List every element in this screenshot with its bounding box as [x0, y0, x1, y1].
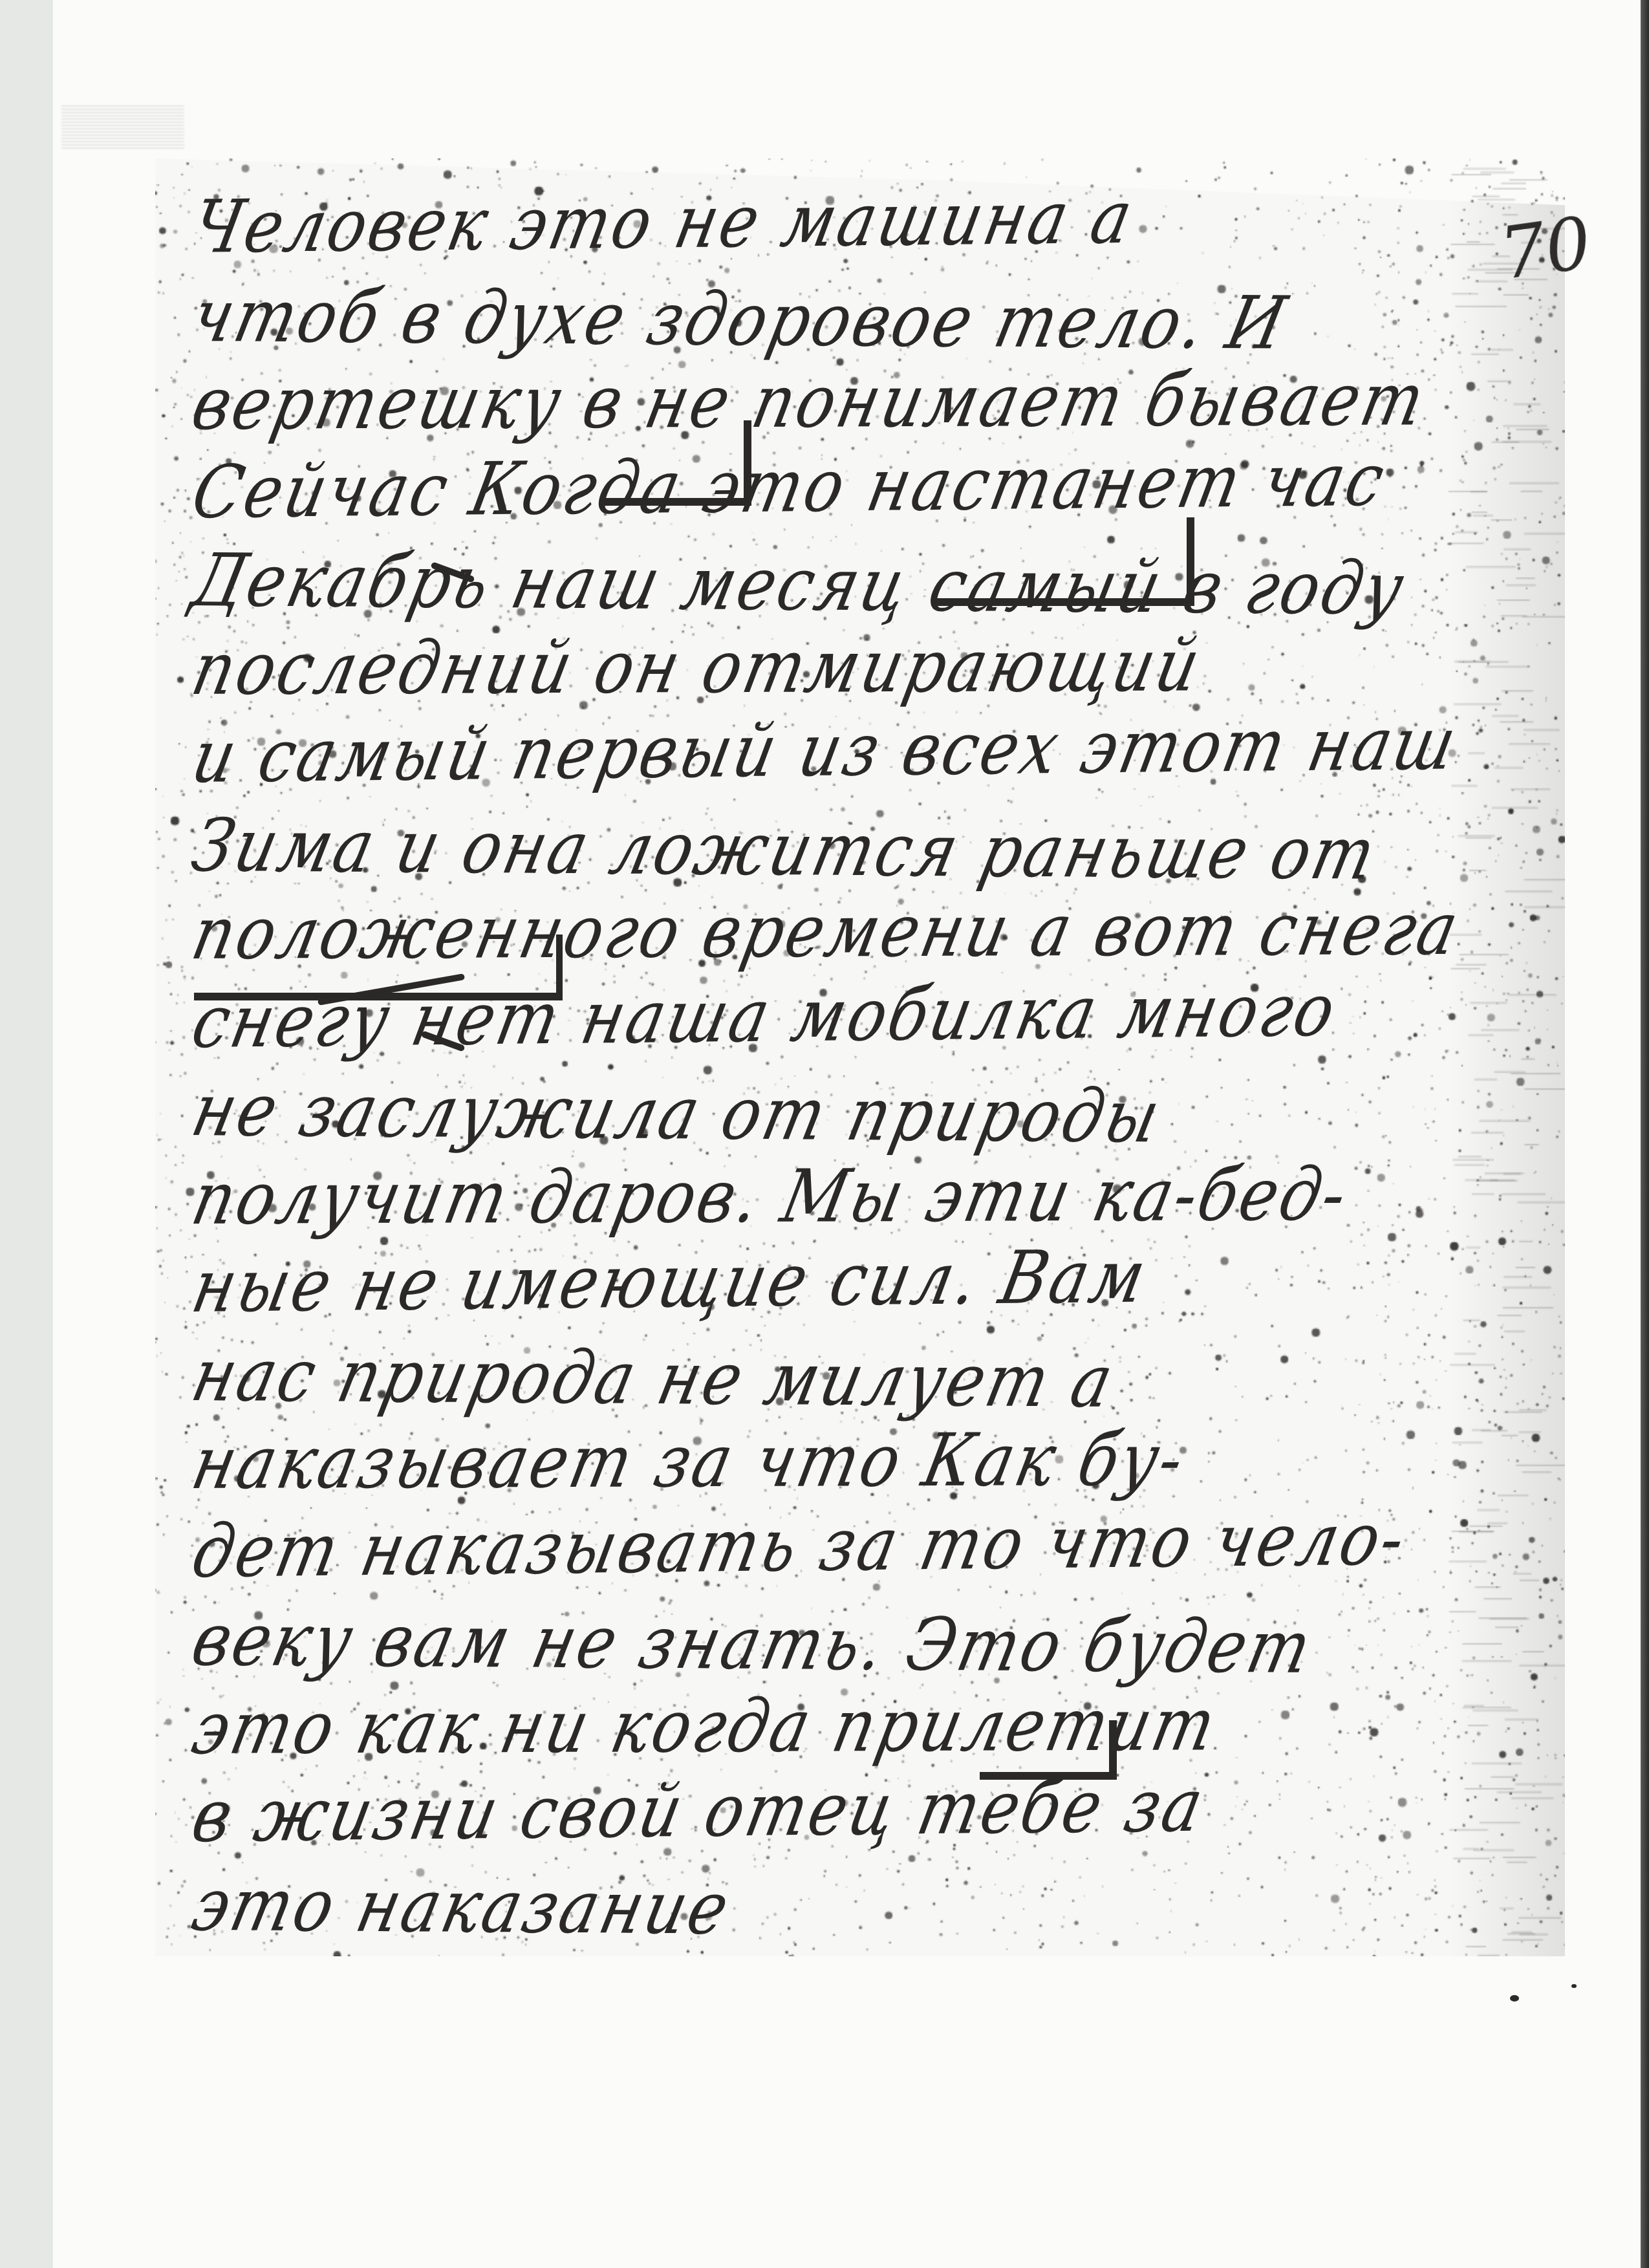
- manuscript-line: это как ни когда прилетит: [194, 1687, 1487, 1780]
- bracket-mark: [931, 517, 1194, 606]
- scanner-margin: [0, 0, 53, 2268]
- manuscript-text: Человек это не машина ачтоб в духе здоро…: [194, 191, 1487, 1956]
- manuscript-line: ные не имеющие сил. Вам: [193, 1237, 1487, 1338]
- toner-smudge: [61, 103, 184, 149]
- manuscript-line: Сейчас Когда это настанет час: [193, 442, 1487, 544]
- manuscript-line: Человек это не машина а: [193, 177, 1487, 279]
- manuscript-line: это наказание: [194, 1868, 1488, 1965]
- bracket-mark: [605, 420, 751, 506]
- page-number: 70: [1495, 201, 1596, 296]
- manuscript-line: и самый первый из всех этот наш: [193, 707, 1487, 808]
- manuscript-line: дет наказывать за то что чело-: [193, 1502, 1487, 1603]
- manuscript-line: получит даров. Мы эти ка-бед-: [194, 1158, 1487, 1250]
- scanner-edge: [1641, 0, 1649, 2268]
- manuscript-line: в жизни свой отец тебе за: [193, 1766, 1487, 1868]
- bracket-mark: [980, 1720, 1117, 1780]
